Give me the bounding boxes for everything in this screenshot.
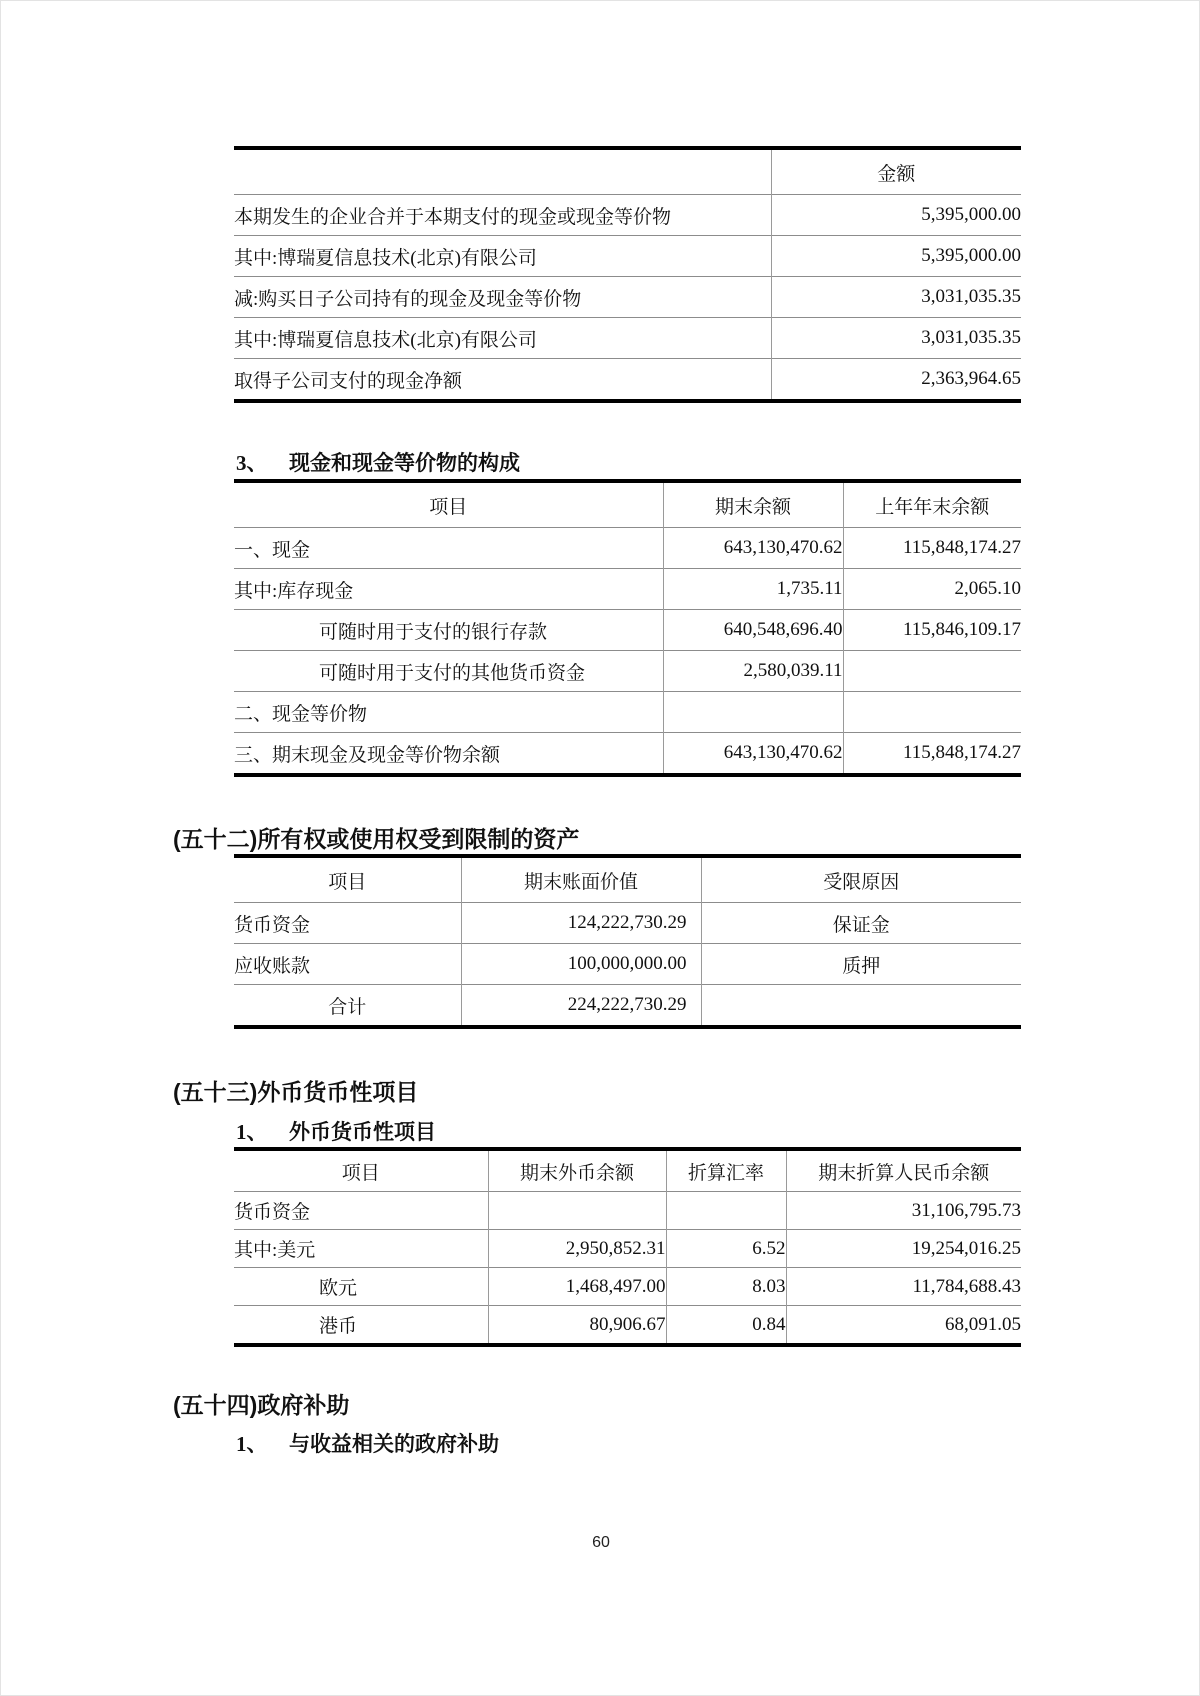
subsection-title: 与收益相关的政府补助 xyxy=(289,1433,499,1456)
row-label: 取得子公司支付的现金净额 xyxy=(234,359,771,402)
foreign-balance: 2,950,852.31 xyxy=(488,1230,666,1268)
table-row: 货币资金 31,106,795.73 xyxy=(234,1192,1021,1230)
prior-balance xyxy=(843,651,1021,692)
row-item: 货币资金 xyxy=(234,903,461,944)
foreign-currency-items-table: 项目 期末外币余额 折算汇率 期末折算人民币余额 货币资金 31,106,795… xyxy=(234,1147,1021,1347)
row-label: 减:购买日子公司持有的现金及现金等价物 xyxy=(234,277,771,318)
table-row: 二、现金等价物 xyxy=(234,692,1021,733)
amount-header-cell: 金额 xyxy=(771,148,1021,195)
row-item: 港币 xyxy=(234,1306,488,1346)
prior-balance: 2,065.10 xyxy=(843,569,1021,610)
prior-balance: 115,846,109.17 xyxy=(843,610,1021,651)
section-3-title: 现金和现金等价物的构成 xyxy=(289,452,520,475)
table-row: 其中:博瑞夏信息技术(北京)有限公司 5,395,000.00 xyxy=(234,236,1021,277)
ending-balance: 643,130,470.62 xyxy=(663,528,843,569)
prior-year-header-cell: 上年年末余额 xyxy=(843,481,1021,528)
prior-balance xyxy=(843,692,1021,733)
book-value: 100,000,000.00 xyxy=(461,944,701,985)
table-row: 三、期末现金及现金等价物余额 643,130,470.62 115,848,17… xyxy=(234,733,1021,776)
ending-balance: 2,580,039.11 xyxy=(663,651,843,692)
exchange-rate: 8.03 xyxy=(666,1268,786,1306)
row-item: 三、期末现金及现金等价物余额 xyxy=(234,733,663,776)
table-row: 取得子公司支付的现金净额 2,363,964.65 xyxy=(234,359,1021,402)
cash-equivalents-composition-table: 项目 期末余额 上年年末余额 一、现金 643,130,470.62 115,8… xyxy=(234,479,1021,777)
rmb-balance: 31,106,795.73 xyxy=(786,1192,1021,1230)
exchange-rate xyxy=(666,1192,786,1230)
ending-balance: 640,548,696.40 xyxy=(663,610,843,651)
ending-balance: 1,735.11 xyxy=(663,569,843,610)
row-amount: 5,395,000.00 xyxy=(771,195,1021,236)
row-label: 其中:博瑞夏信息技术(北京)有限公司 xyxy=(234,236,771,277)
restricted-assets-table: 项目 期末账面价值 受限原因 货币资金 124,222,730.29 保证金 应… xyxy=(234,854,1021,1029)
rmb-balance: 11,784,688.43 xyxy=(786,1268,1021,1306)
total-label: 合计 xyxy=(234,985,461,1028)
foreign-balance-header-cell: 期末外币余额 xyxy=(488,1149,666,1192)
table-row: 可随时用于支付的银行存款 640,548,696.40 115,846,109.… xyxy=(234,610,1021,651)
section-52-heading: (五十二)所有权或使用权受到限制的资产 xyxy=(173,824,579,854)
section-54-sub-heading: 1、与收益相关的政府补助 xyxy=(236,1430,499,1459)
row-amount: 3,031,035.35 xyxy=(771,277,1021,318)
row-item: 可随时用于支付的银行存款 xyxy=(234,610,663,651)
empty-header-cell xyxy=(234,148,771,195)
exchange-rate-header-cell: 折算汇率 xyxy=(666,1149,786,1192)
row-amount: 3,031,035.35 xyxy=(771,318,1021,359)
item-header-cell: 项目 xyxy=(234,1149,488,1192)
table-header-row: 项目 期末外币余额 折算汇率 期末折算人民币余额 xyxy=(234,1149,1021,1192)
section-3-heading: 3、现金和现金等价物的构成 xyxy=(236,449,520,478)
item-header-cell: 项目 xyxy=(234,856,461,903)
table-header-row: 项目 期末余额 上年年末余额 xyxy=(234,481,1021,528)
foreign-balance xyxy=(488,1192,666,1230)
table-row: 其中:美元 2,950,852.31 6.52 19,254,016.25 xyxy=(234,1230,1021,1268)
table-header-row: 金额 xyxy=(234,148,1021,195)
table-row: 本期发生的企业合并于本期支付的现金或现金等价物 5,395,000.00 xyxy=(234,195,1021,236)
prior-balance: 115,848,174.27 xyxy=(843,733,1021,776)
exchange-rate: 6.52 xyxy=(666,1230,786,1268)
section-53-sub-heading: 1、外币货币性项目 xyxy=(236,1118,436,1147)
table-row: 港币 80,906.67 0.84 68,091.05 xyxy=(234,1306,1021,1346)
table-row: 减:购买日子公司持有的现金及现金等价物 3,031,035.35 xyxy=(234,277,1021,318)
table-row: 货币资金 124,222,730.29 保证金 xyxy=(234,903,1021,944)
row-item: 一、现金 xyxy=(234,528,663,569)
section-54-heading: (五十四)政府补助 xyxy=(173,1390,349,1420)
row-item: 欧元 xyxy=(234,1268,488,1306)
page-number: 60 xyxy=(1,1534,1200,1552)
ending-balance: 643,130,470.62 xyxy=(663,733,843,776)
table-row: 应收账款 100,000,000.00 质押 xyxy=(234,944,1021,985)
row-item: 可随时用于支付的其他货币资金 xyxy=(234,651,663,692)
table-row: 合计 224,222,730.29 xyxy=(234,985,1021,1028)
row-item: 货币资金 xyxy=(234,1192,488,1230)
row-label: 本期发生的企业合并于本期支付的现金或现金等价物 xyxy=(234,195,771,236)
subsection-number: 1、 xyxy=(236,1430,289,1458)
book-value: 224,222,730.29 xyxy=(461,985,701,1028)
rmb-balance: 68,091.05 xyxy=(786,1306,1021,1346)
book-value: 124,222,730.29 xyxy=(461,903,701,944)
subsection-title: 外币货币性项目 xyxy=(289,1121,436,1144)
restriction-reason: 保证金 xyxy=(701,903,1021,944)
exchange-rate: 0.84 xyxy=(666,1306,786,1346)
row-label: 其中:博瑞夏信息技术(北京)有限公司 xyxy=(234,318,771,359)
rmb-balance: 19,254,016.25 xyxy=(786,1230,1021,1268)
row-amount: 5,395,000.00 xyxy=(771,236,1021,277)
foreign-balance: 80,906.67 xyxy=(488,1306,666,1346)
item-header-cell: 项目 xyxy=(234,481,663,528)
row-item: 二、现金等价物 xyxy=(234,692,663,733)
book-value-header-cell: 期末账面价值 xyxy=(461,856,701,903)
restriction-reason-header-cell: 受限原因 xyxy=(701,856,1021,903)
prior-balance: 115,848,174.27 xyxy=(843,528,1021,569)
table-row: 其中:库存现金 1,735.11 2,065.10 xyxy=(234,569,1021,610)
restriction-reason: 质押 xyxy=(701,944,1021,985)
table-row: 可随时用于支付的其他货币资金 2,580,039.11 xyxy=(234,651,1021,692)
table-header-row: 项目 期末账面价值 受限原因 xyxy=(234,856,1021,903)
section-3-number: 3、 xyxy=(236,449,289,477)
ending-balance-header-cell: 期末余额 xyxy=(663,481,843,528)
table-row: 其中:博瑞夏信息技术(北京)有限公司 3,031,035.35 xyxy=(234,318,1021,359)
rmb-balance-header-cell: 期末折算人民币余额 xyxy=(786,1149,1021,1192)
table-row: 一、现金 643,130,470.62 115,848,174.27 xyxy=(234,528,1021,569)
ending-balance xyxy=(663,692,843,733)
subsection-number: 1、 xyxy=(236,1118,289,1146)
foreign-balance: 1,468,497.00 xyxy=(488,1268,666,1306)
row-item: 其中:库存现金 xyxy=(234,569,663,610)
financial-report-page: 金额 本期发生的企业合并于本期支付的现金或现金等价物 5,395,000.00 … xyxy=(0,0,1200,1696)
row-amount: 2,363,964.65 xyxy=(771,359,1021,402)
row-item: 其中:美元 xyxy=(234,1230,488,1268)
restriction-reason xyxy=(701,985,1021,1028)
section-53-heading: (五十三)外币货币性项目 xyxy=(173,1077,418,1107)
row-item: 应收账款 xyxy=(234,944,461,985)
table-row: 欧元 1,468,497.00 8.03 11,784,688.43 xyxy=(234,1268,1021,1306)
acquisition-cash-table: 金额 本期发生的企业合并于本期支付的现金或现金等价物 5,395,000.00 … xyxy=(234,146,1021,403)
